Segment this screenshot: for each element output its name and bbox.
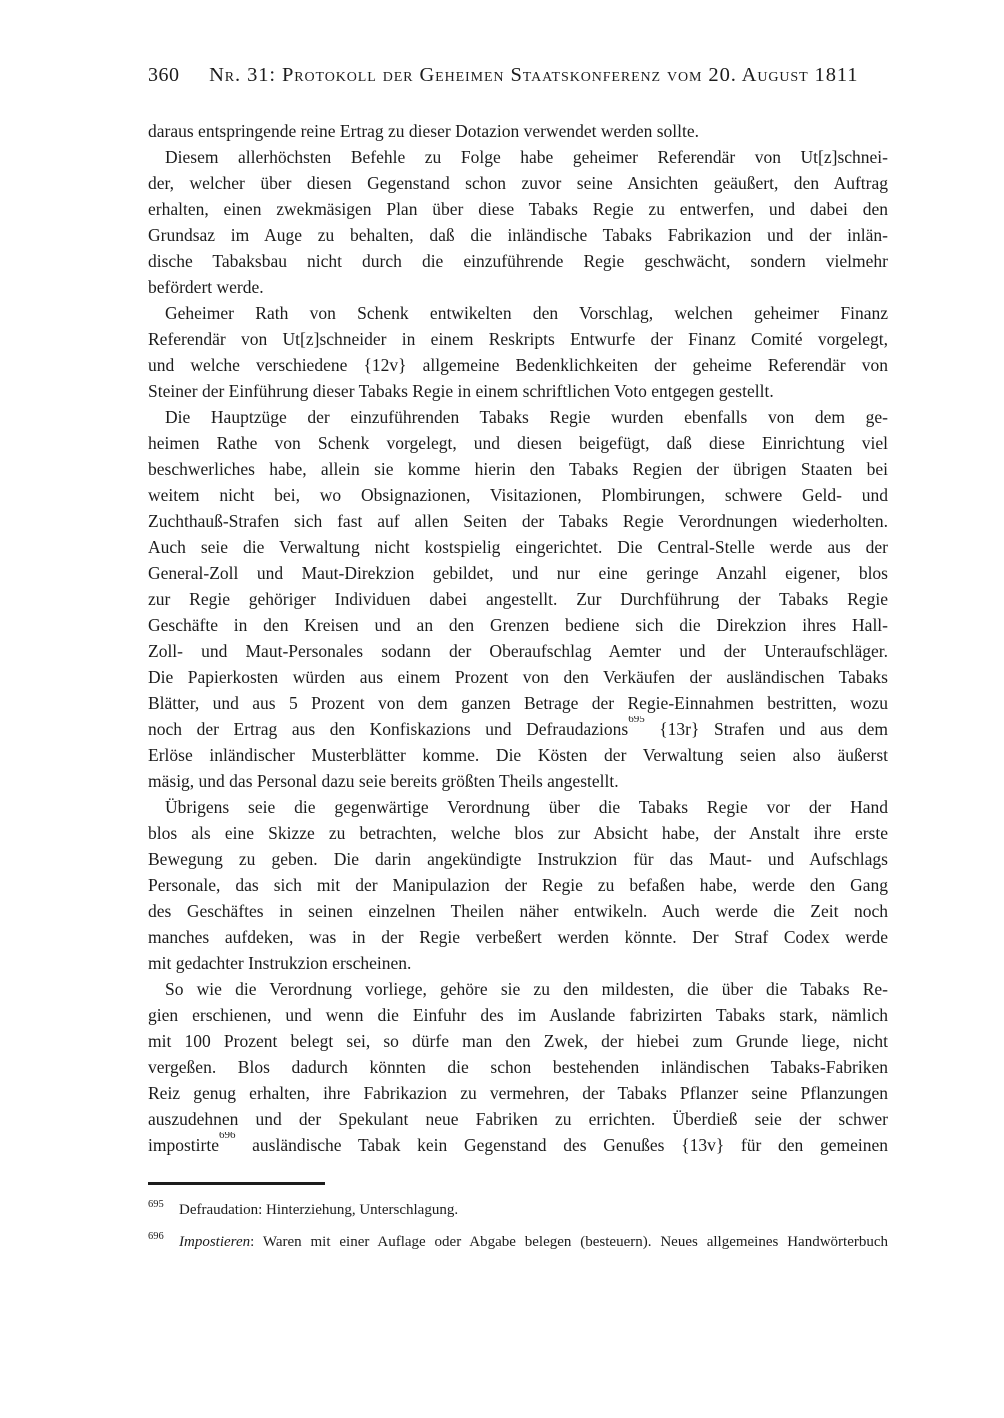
text-line: befördert werde. bbox=[148, 274, 888, 300]
text-line: manches aufdeken, was in der Regie verbe… bbox=[148, 924, 888, 950]
text-line: Zuchthauß-Strafen sich fast auf allen Se… bbox=[148, 508, 888, 534]
text-line: blos als eine Skizze zu betrachten, welc… bbox=[148, 820, 888, 846]
paragraph: Diesem allerhöchsten Befehle zu Folge ha… bbox=[148, 144, 888, 300]
footnote-text: Defraudation: Hinterziehung, Unterschlag… bbox=[179, 1197, 888, 1223]
text-line: und welche verschiedene {12v} allgemeine… bbox=[148, 352, 888, 378]
running-title: Nr. 31: Protokoll der Geheimen Staatskon… bbox=[180, 64, 889, 87]
text-line: vergeßen. Blos dadurch könnten die schon… bbox=[148, 1054, 888, 1080]
text-line: gien erschienen, und wenn die Einfuhr de… bbox=[148, 1002, 888, 1028]
footnote: 695Defraudation: Hinterziehung, Untersch… bbox=[148, 1197, 888, 1223]
text-line: impostirte696 ausländische Tabak kein Ge… bbox=[148, 1132, 888, 1158]
text-line: mit gedachter Instrukzion erscheinen. bbox=[148, 950, 888, 976]
text-line: auszudehnen und der Spekulant neue Fabri… bbox=[148, 1106, 888, 1132]
text-line: des Geschäftes in seinen einzelnen Theil… bbox=[148, 898, 888, 924]
text-line: Erlöse inländischer Musterblätter komme.… bbox=[148, 742, 888, 768]
text-line: heimen Rathe von Schenk vorgelegt, und d… bbox=[148, 430, 888, 456]
paragraph: Geheimer Rath von Schenk entwikelten den… bbox=[148, 300, 888, 404]
footnote-ref: 696 bbox=[219, 1132, 236, 1141]
paragraph: So wie die Verordnung vorliege, gehöre s… bbox=[148, 976, 888, 1158]
footnote-marker: 695 bbox=[148, 1192, 164, 1218]
text-line: mit 100 Prozent belegt sei, so dürfe man… bbox=[148, 1028, 888, 1054]
text-line: General-Zoll und Maut-Direkzion gebildet… bbox=[148, 560, 888, 586]
text-line: Steiner der Einführung dieser Tabaks Reg… bbox=[148, 378, 888, 404]
text-line: dische Tabaksbau nicht durch die einzufü… bbox=[148, 248, 888, 274]
text-line: mäsig, und das Personal dazu seie bereit… bbox=[148, 768, 888, 794]
body-text: daraus entspringende reine Ertrag zu die… bbox=[148, 118, 888, 1158]
paragraph: daraus entspringende reine Ertrag zu die… bbox=[148, 118, 888, 144]
book-page: 360 Nr. 31: Protokoll der Geheimen Staat… bbox=[148, 64, 888, 1255]
footnote: 696Impostieren: Waren mit einer Auflage … bbox=[148, 1229, 888, 1255]
paragraph: Übrigens seie die gegenwärtige Verordnun… bbox=[148, 794, 888, 976]
text-line: daraus entspringende reine Ertrag zu die… bbox=[148, 118, 888, 144]
text-line: Reiz genug erhalten, ihre Fabrikazion zu… bbox=[148, 1080, 888, 1106]
footnote-marker: 696 bbox=[148, 1224, 164, 1250]
text-line: Bewegung zu geben. Die darin angekündigt… bbox=[148, 846, 888, 872]
text-line: der, welcher über diesen Gegenstand scho… bbox=[148, 170, 888, 196]
footnote-text: Impostieren: Waren mit einer Auflage ode… bbox=[179, 1229, 888, 1255]
text-line: Übrigens seie die gegenwärtige Verordnun… bbox=[148, 794, 888, 820]
text-line: Blätter, und aus 5 Prozent von dem ganze… bbox=[148, 690, 888, 716]
text-line: Die Hauptzüge der einzuführenden Tabaks … bbox=[148, 404, 888, 430]
page-header: 360 Nr. 31: Protokoll der Geheimen Staat… bbox=[148, 64, 888, 90]
text-line: noch der Ertrag aus den Konfiskazions un… bbox=[148, 716, 888, 742]
text-line: Geschäfte in den Kreisen und an den Gren… bbox=[148, 612, 888, 638]
text-line: Diesem allerhöchsten Befehle zu Folge ha… bbox=[148, 144, 888, 170]
text-line: erhalten, einen zwekmäsigen Plan über di… bbox=[148, 196, 888, 222]
text-line: Personale, das sich mit der Manipulazion… bbox=[148, 872, 888, 898]
footnote-ref: 695 bbox=[628, 716, 645, 725]
page-number: 360 bbox=[148, 64, 180, 87]
text-line: Grundsaz im Auge zu behalten, daß die in… bbox=[148, 222, 888, 248]
italic-text: Impostieren bbox=[179, 1234, 250, 1250]
footnote-separator-rule bbox=[148, 1182, 325, 1185]
text-line: Die Papierkosten würden aus einem Prozen… bbox=[148, 664, 888, 690]
text-line: weitem nicht bei, wo Obsignazionen, Visi… bbox=[148, 482, 888, 508]
text-line: zur Regie gehöriger Individuen dabei ang… bbox=[148, 586, 888, 612]
footnotes: 695Defraudation: Hinterziehung, Untersch… bbox=[148, 1197, 888, 1255]
text-line: Auch seie die Verwaltung nicht kostspiel… bbox=[148, 534, 888, 560]
text-line: So wie die Verordnung vorliege, gehöre s… bbox=[148, 976, 888, 1002]
text-line: Zoll- und Maut-Personales sodann der Obe… bbox=[148, 638, 888, 664]
text-line: Referendär von Ut[z]schneider in einem R… bbox=[148, 326, 888, 352]
text-line: beschwerliches habe, allein sie komme hi… bbox=[148, 456, 888, 482]
paragraph: Die Hauptzüge der einzuführenden Tabaks … bbox=[148, 404, 888, 794]
text-line: Geheimer Rath von Schenk entwikelten den… bbox=[148, 300, 888, 326]
